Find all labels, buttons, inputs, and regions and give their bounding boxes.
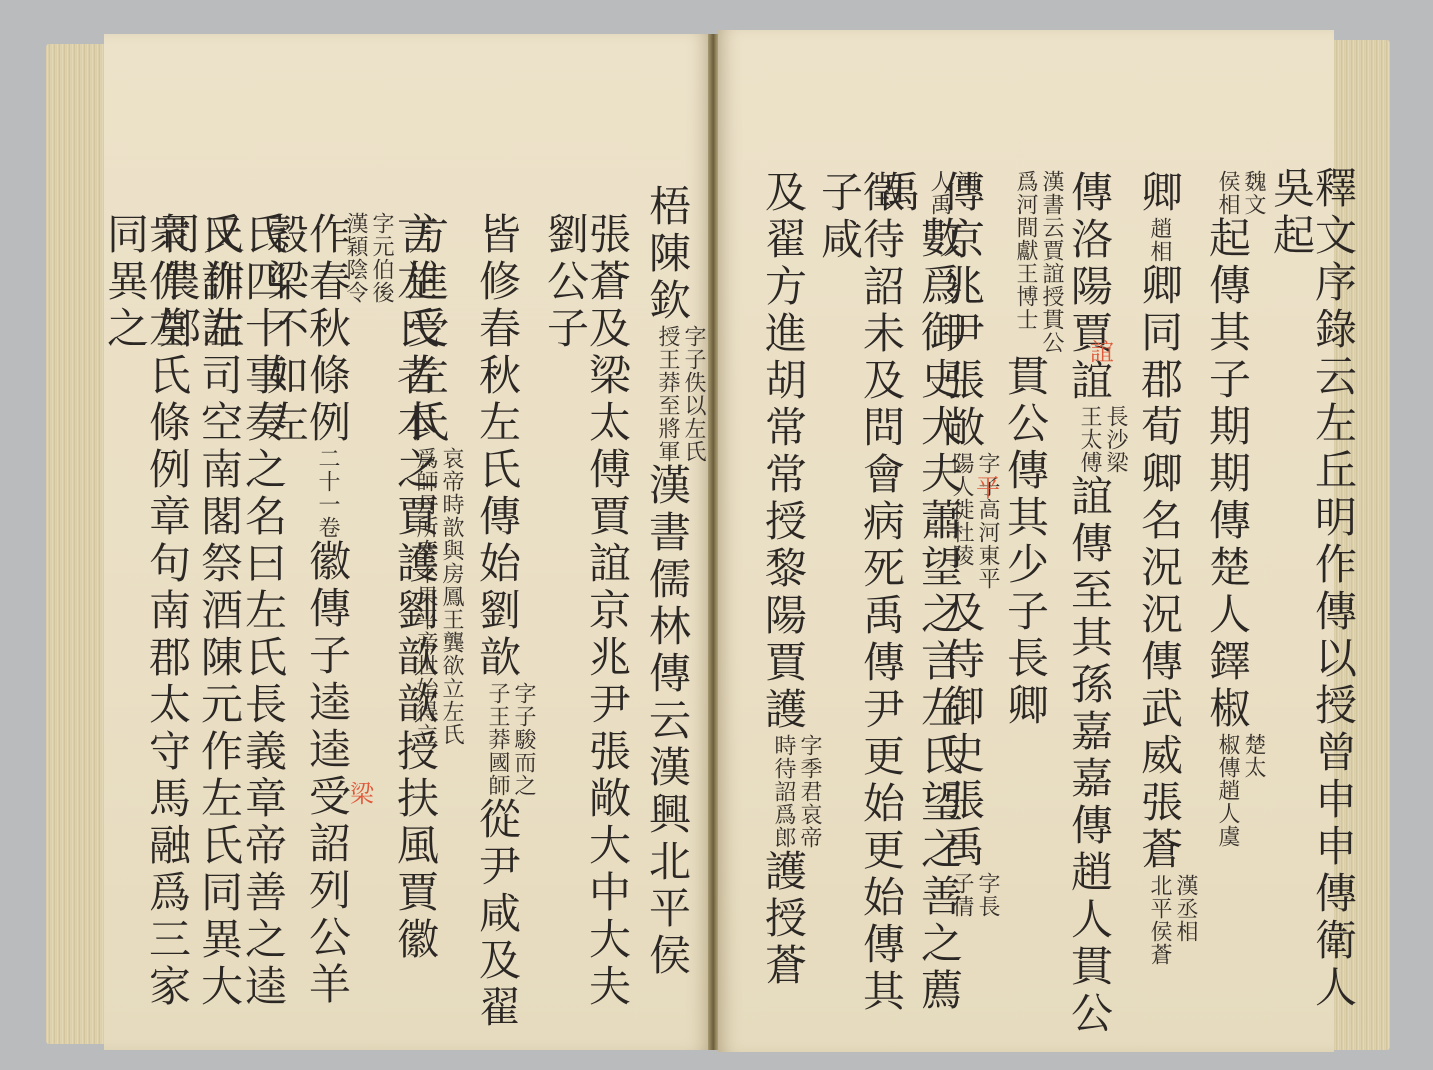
column-main-text: 衆作左氏條例章句南郡太守馬融爲三家同異之 <box>101 212 192 1011</box>
annotation: 河人禹 <box>926 170 978 216</box>
annotation: 長沙梁王太傅 <box>1076 405 1128 474</box>
column-main-text: 護授蒼 <box>759 849 808 990</box>
annotation: 誼授貫公王博士 <box>1012 262 1064 354</box>
column-main-text: 釋文序錄云左丘明作傳以授曾申申傳衛人吳起 <box>1267 166 1358 1012</box>
annotation: 魏文侯相 <box>1214 170 1266 216</box>
left-page: 梧陳欽字子佚以左氏授王莽至將軍漢書儒林傳云漢興北平侯 張蒼及梁太傅賈誼京兆尹張敞… <box>104 34 710 1050</box>
open-book: 梧陳欽字子佚以左氏授王莽至將軍漢書儒林傳云漢興北平侯 張蒼及梁太傅賈誼京兆尹張敞… <box>0 0 1433 1070</box>
text-column: 魏文侯相起傳其子期期傳楚人鐸椒楚太椒傳趙人虞 <box>1206 170 1266 848</box>
column-main-text: 從尹咸及翟 <box>473 797 522 1032</box>
text-column: 衆作左氏條例章句南郡太守馬融爲三家同異之 <box>104 212 188 1050</box>
page-edges-left <box>46 44 108 1044</box>
column-main-text: 梧陳欽 <box>643 184 692 325</box>
text-column: 及翟方進胡常常授黎陽賈護字季君哀帝時待詔爲郎護授蒼 <box>762 170 822 990</box>
text-column: 釋文序錄云左丘明作傳以授曾申申傳衛人吳起 <box>1270 166 1354 1052</box>
annotation: 漢丞相北平侯蒼 <box>1146 874 1198 966</box>
column-main-text: 言左氏者本之賈護劉歆歆授扶風賈徽 <box>391 212 440 964</box>
column-main-text: 傳洛陽賈誼 <box>1065 170 1114 405</box>
red-seal-mark: 梁 <box>350 774 374 809</box>
text-column: 徵待詔未及問會病死禹傳尹更始更始傳其子咸 <box>818 170 902 1052</box>
column-main-text: 貫公傳其少子長卿 <box>1001 354 1050 730</box>
column-main-text: 皆修春秋左氏傳始劉歆 <box>473 212 522 682</box>
column-main-text: 及翟方進胡常常授黎陽賈護 <box>759 170 808 734</box>
column-main-text: 卿 <box>1135 170 1184 217</box>
red-seal-mark: 誼 <box>1090 332 1114 367</box>
text-column: 張蒼及梁太傅賈誼京兆尹張敞大中大夫劉公子 <box>544 212 628 1050</box>
column-main-text: 卿同郡荀卿名況況傳武威張蒼 <box>1135 263 1184 874</box>
column-main-text: 誼傳至其孫嘉嘉傳趙人貫公 <box>1065 474 1114 1038</box>
text-column: 漢書云賈爲河間獻誼授貫公王博士貫公傳其少子長卿 <box>1004 170 1064 730</box>
column-main-text: 漢書儒林傳云漢興北平侯 <box>643 463 692 980</box>
annotation: 字子佚以左氏授王莽至將軍 <box>654 325 706 463</box>
column-main-text: 徵待詔未及問會病死禹傳尹更始更始傳其子咸 <box>815 170 906 1016</box>
text-column: 傳洛陽賈誼長沙梁王太傅誼傳至其孫嘉嘉傳趙人貫公 <box>1068 170 1128 1038</box>
right-page: 釋文序錄云左丘明作傳以授曾申申傳衛人吳起 魏文侯相起傳其子期期傳楚人鐸椒楚太椒傳… <box>718 30 1334 1052</box>
annotation: 楚太椒傳趙人虞 <box>1214 733 1266 848</box>
text-column: 皆修春秋左氏傳始劉歆字子駿而之子王莽國師從尹咸及翟 <box>476 212 536 1032</box>
annotation: 二十一卷 <box>314 447 340 539</box>
annotation: 趙相 <box>1146 217 1172 263</box>
annotation: 字季君哀帝時待詔爲郎 <box>770 734 822 849</box>
text-column: 梧陳欽字子佚以左氏授王莽至將軍漢書儒林傳云漢興北平侯 <box>646 184 706 980</box>
column-main-text: 張蒼及梁太傅賈誼京兆尹張敞大中大夫劉公子 <box>541 212 632 1011</box>
column-main-text: 起傳其子期期傳楚人鐸椒 <box>1203 216 1252 733</box>
column-main-text: 作春秋條例 <box>303 212 352 447</box>
text-column: 卿趙相卿同郡荀卿名況況傳武威張蒼漢丞相北平侯蒼 <box>1138 170 1198 966</box>
annotation: 漢書云賈爲河間獻 <box>1012 170 1064 262</box>
annotation: 字子駿而之子王莽國師 <box>484 682 536 797</box>
red-seal-mark: 平 <box>976 468 1000 503</box>
